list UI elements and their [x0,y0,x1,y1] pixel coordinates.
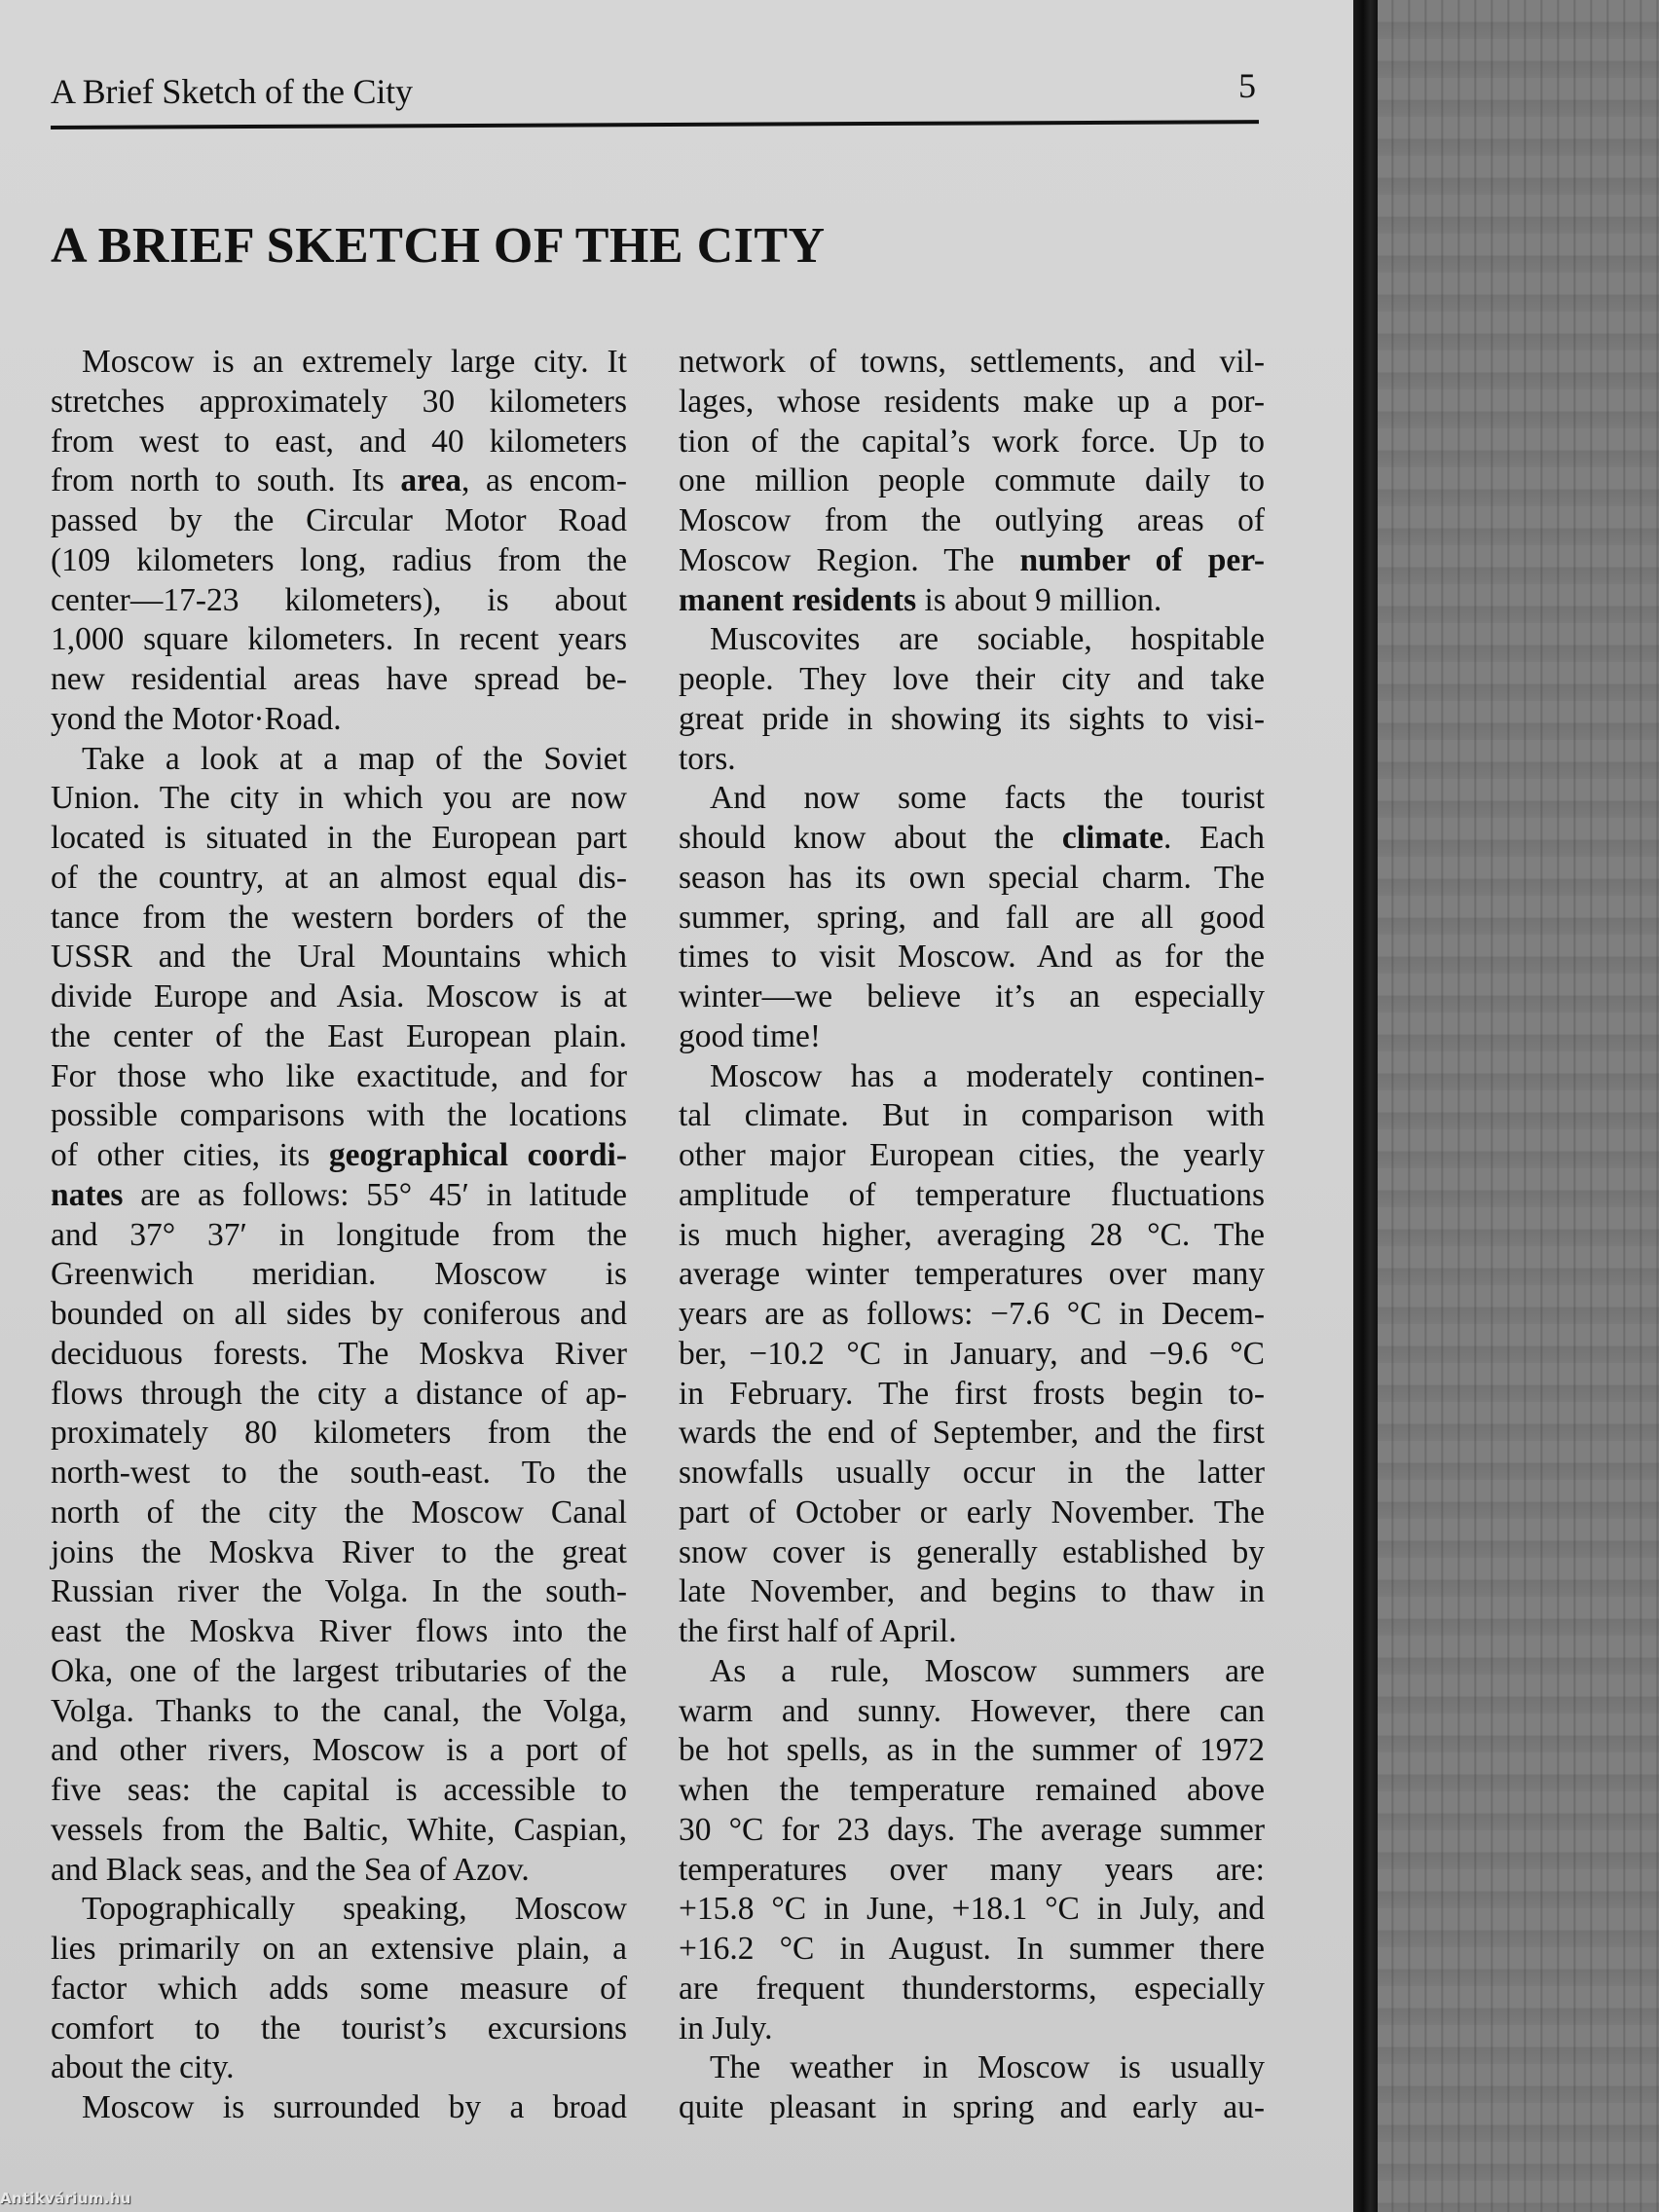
bold-term: manent residents [679,582,916,618]
text-line: USSR and the Ural Mountains which [51,938,627,977]
text-line: in February. The first frosts begin to- [679,1375,1265,1415]
text-line: Moscow Region. The number of per- [679,541,1265,581]
text-line: tion of the capital’s work force. Up to [679,423,1265,462]
text-line: part of October or early November. The [679,1493,1265,1533]
paragraph: Moscow has a moderately continen-tal cli… [679,1057,1265,1652]
text-line: temperatures over many years are: [679,1851,1265,1891]
text-line: joins the Moskva River to the great [51,1533,627,1573]
running-head: A Brief Sketch of the City [51,70,413,113]
text-line: Moscow is an extremely large city. It [51,343,627,383]
paragraph: Moscow is an extremely large city. Itstr… [51,343,627,740]
bold-term: area [400,462,461,498]
text-line: Oka, one of the largest tributaries of t… [51,1652,627,1692]
text-line: late November, and begins to thaw in [679,1572,1265,1612]
text-line: And now some facts the tourist [679,779,1265,819]
text-line: manent residents is about 9 million. [679,581,1265,621]
text-line: 1,000 square kilometers. In recent years [51,620,627,660]
text-line: Take a look at a map of the Soviet [51,740,627,780]
text-line: possible comparisons with the locations [51,1096,627,1136]
text-line: one million people commute daily to [679,461,1265,501]
text-line: north-west to the south-east. To the [51,1454,627,1493]
chapter-title: A BRIEF SKETCH OF THE CITY [51,216,826,276]
text-line: Topographically speaking, Moscow [51,1890,627,1930]
bold-term: number of per- [1020,542,1265,578]
text-line: located is situated in the European part [51,819,627,859]
text-line: are frequent thunderstorms, especially [679,1970,1265,2009]
right-column: network of towns, settlements, and vil-l… [679,343,1265,2128]
text-line: people. They love their city and take [679,660,1265,700]
text-line: Union. The city in which you are now [51,779,627,819]
text-line: years are as follows: −7.6 °C in Decem- [679,1295,1265,1335]
text-line: factor which adds some measure of [51,1970,627,2009]
text-line: deciduous forests. The Moskva River [51,1335,627,1375]
text-line: new residential areas have spread be- [51,660,627,700]
bold-term: geographical coordi- [329,1137,627,1173]
text-line: snowfalls usually occur in the latter [679,1454,1265,1493]
text-line: in July. [679,2009,1265,2049]
text-line: from north to south. Its area, as encom- [51,461,627,501]
book-cover-background [1378,0,1659,2212]
book-page: A Brief Sketch of the City 5 A BRIEF SKE… [0,0,1353,2212]
text-line: of the country, at an almost equal dis- [51,859,627,899]
text-line: lages, whose residents make up a por- [679,383,1265,423]
text-line: average winter temperatures over many [679,1255,1265,1295]
text-line: when the temperature remained above [679,1771,1265,1811]
text-line: east the Moskva River flows into the [51,1612,627,1652]
text-line: As a rule, Moscow summers are [679,1652,1265,1692]
text-line: network of towns, settlements, and vil- [679,343,1265,383]
text-line: warm and sunny. However, there can [679,1692,1265,1732]
text-line: good time! [679,1017,1265,1057]
text-line: quite pleasant in spring and early au- [679,2088,1265,2128]
text-line: about the city. [51,2048,627,2088]
text-line: times to visit Moscow. And as for the [679,938,1265,977]
text-line: Muscovites are sociable, hospitable [679,620,1265,660]
text-line: divide Europe and Asia. Moscow is at [51,977,627,1017]
paragraph: network of towns, settlements, and vil-l… [679,343,1265,620]
bold-term: climate [1062,820,1163,856]
text-line: amplitude of temperature fluctuations [679,1176,1265,1216]
text-line: proximately 80 kilometers from the [51,1414,627,1454]
page-number: 5 [1238,64,1256,107]
text-line: Moscow is surrounded by a broad [51,2088,627,2128]
text-line: yond the Motor·Road. [51,700,627,740]
text-line: lies primarily on an extensive plain, a [51,1930,627,1970]
text-line: the center of the East European plain. [51,1017,627,1057]
text-line: (109 kilometers long, radius from the [51,541,627,581]
left-column: Moscow is an extremely large city. Itstr… [51,343,627,2128]
text-line: tal climate. But in comparison with [679,1096,1265,1136]
text-line: +16.2 °C in August. In summer there [679,1930,1265,1970]
paragraph: Topographically speaking, Moscowlies pri… [51,1890,627,2088]
text-line: snow cover is generally established by [679,1533,1265,1573]
text-line: wards the end of September, and the firs… [679,1414,1265,1454]
paragraph: As a rule, Moscow summers arewarm and su… [679,1652,1265,2049]
text-line: season has its own special charm. The [679,859,1265,899]
paragraph: Take a look at a map of the SovietUnion.… [51,740,627,1891]
text-line: Russian river the Volga. In the south- [51,1572,627,1612]
paragraph: And now some facts the touristshould kno… [679,779,1265,1056]
text-line: and 37° 37′ in longitude from the [51,1216,627,1256]
text-line: the first half of April. [679,1612,1265,1652]
text-line: and Black seas, and the Sea of Azov. [51,1851,627,1891]
text-line: should know about the climate. Each [679,819,1265,859]
text-line: Volga. Thanks to the canal, the Volga, [51,1692,627,1732]
text-line: passed by the Circular Motor Road [51,501,627,541]
text-line: center—17-23 kilometers), is about [51,581,627,621]
paragraph: The weather in Moscow is usuallyquite pl… [679,2048,1265,2128]
book-spine-edge [1353,0,1378,2212]
paragraph: Muscovites are sociable, hospitablepeopl… [679,620,1265,779]
text-line: 30 °C for 23 days. The average summer [679,1811,1265,1851]
text-line: comfort to the tourist’s excursions [51,2009,627,2049]
text-line: north of the city the Moscow Canal [51,1493,627,1533]
text-line: Greenwich meridian. Moscow is [51,1255,627,1295]
text-line: ber, −10.2 °C in January, and −9.6 °C [679,1335,1265,1375]
text-line: tors. [679,740,1265,780]
text-line: Moscow has a moderately continen- [679,1057,1265,1097]
text-line: bounded on all sides by coniferous and [51,1295,627,1335]
text-line: vessels from the Baltic, White, Caspian, [51,1811,627,1851]
text-line: Moscow from the outlying areas of [679,501,1265,541]
bold-term: nates [51,1177,123,1213]
header-rule [51,120,1259,129]
text-line: For those who like exactitude, and for [51,1057,627,1097]
text-line: of other cities, its geographical coordi… [51,1136,627,1176]
text-line: great pride in showing its sights to vis… [679,700,1265,740]
text-line: flows through the city a distance of ap- [51,1375,627,1415]
text-line: from west to east, and 40 kilometers [51,423,627,462]
watermark: Antikvárium.hu [0,2190,131,2207]
text-line: The weather in Moscow is usually [679,2048,1265,2088]
text-line: winter—we believe it’s an especially [679,977,1265,1017]
text-line: +15.8 °C in June, +18.1 °C in July, and [679,1890,1265,1930]
paragraph: Moscow is surrounded by a broad [51,2088,627,2128]
text-line: nates are as follows: 55° 45′ in latitud… [51,1176,627,1216]
text-line: be hot spells, as in the summer of 1972 [679,1731,1265,1771]
text-line: summer, spring, and fall are all good [679,899,1265,939]
text-line: other major European cities, the yearly [679,1136,1265,1176]
text-line: is much higher, averaging 28 °C. The [679,1216,1265,1256]
text-line: tance from the western borders of the [51,899,627,939]
text-line: and other rivers, Moscow is a port of [51,1731,627,1771]
text-line: stretches approximately 30 kilometers [51,383,627,423]
text-line: five seas: the capital is accessible to [51,1771,627,1811]
